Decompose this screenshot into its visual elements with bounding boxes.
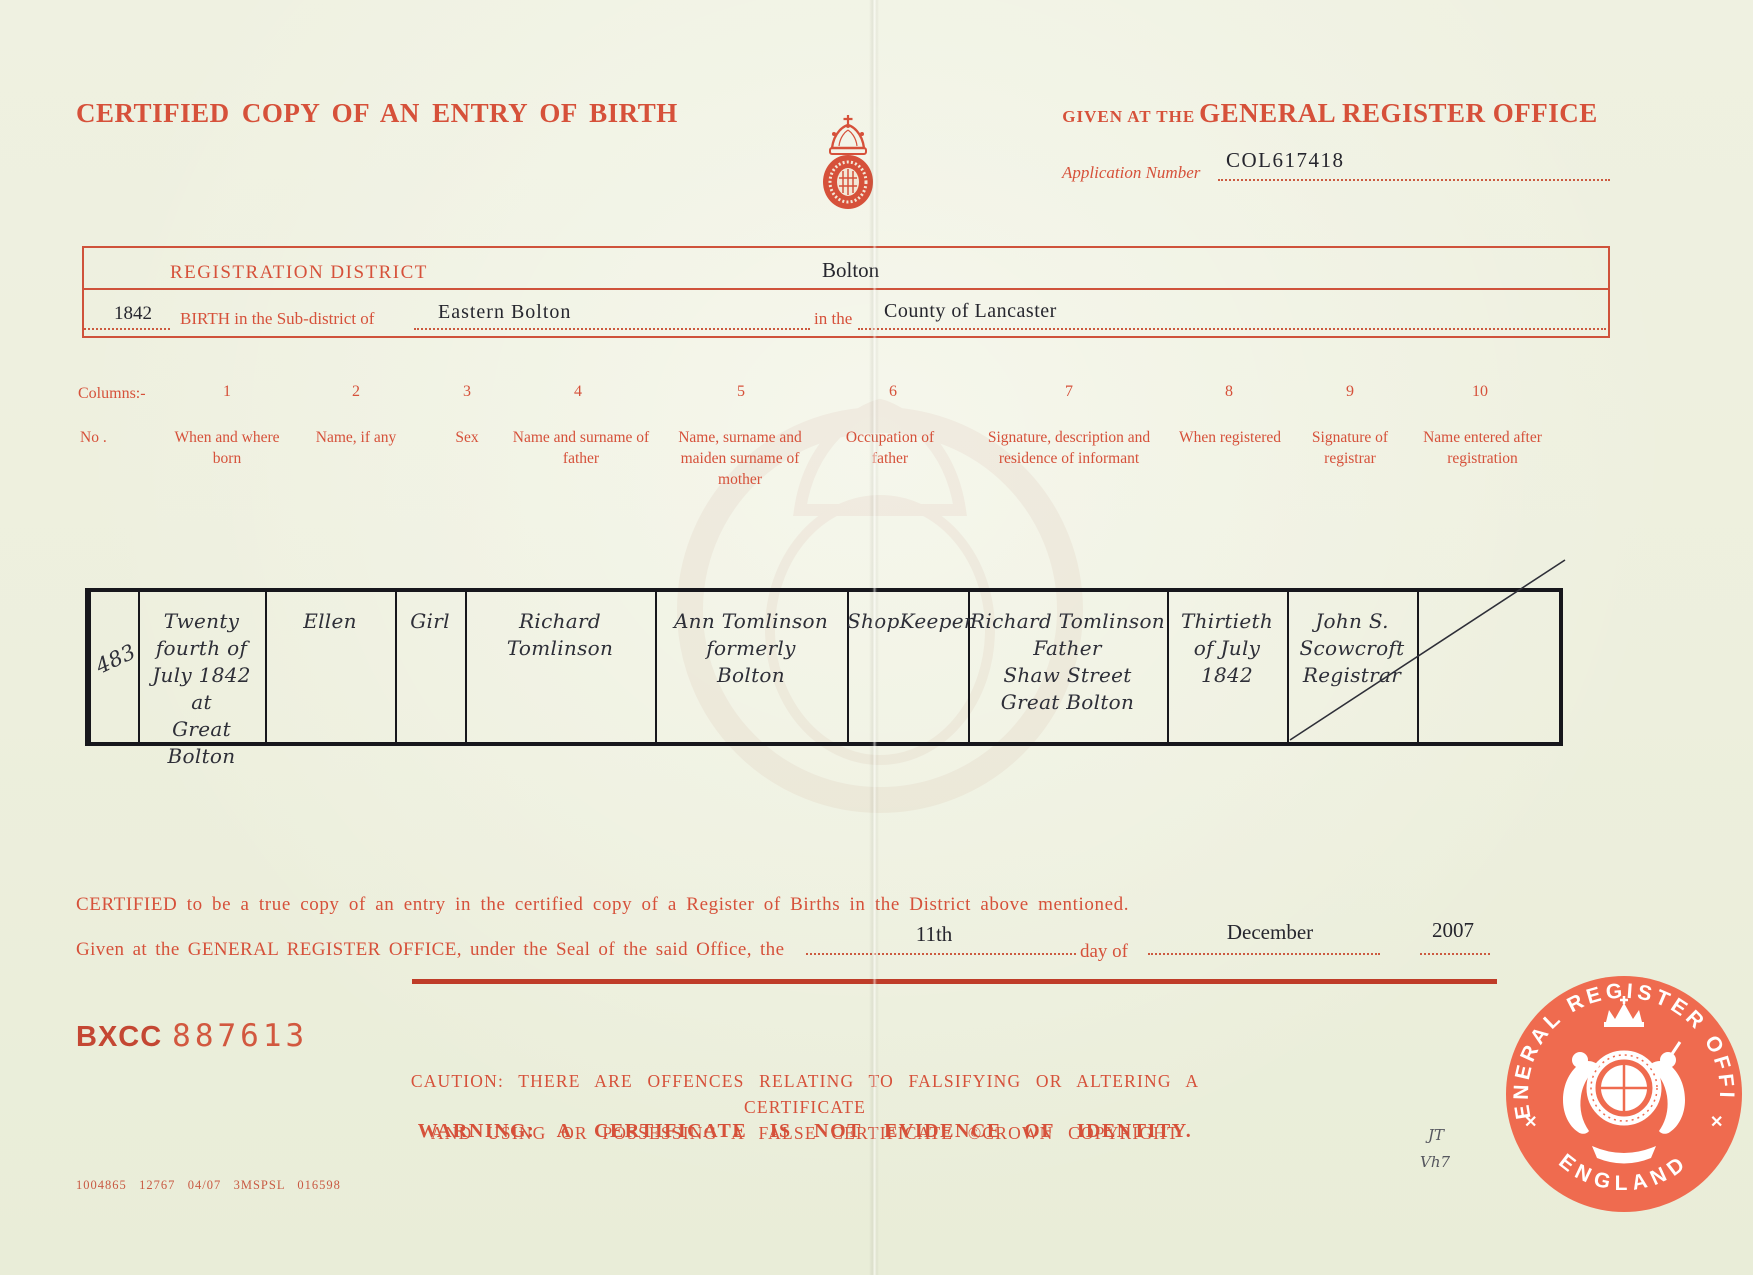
general-register-office-seal-icon: GENERAL REGISTER OFFICE ENGLAND ✕ ✕ bbox=[1500, 970, 1748, 1218]
seal-cross-left: ✕ bbox=[1524, 1114, 1537, 1131]
print-reference-code: 1004865 12767 04/07 3MSPSL 016598 bbox=[76, 1178, 341, 1193]
county-value: County of Lancaster bbox=[884, 300, 1057, 323]
cell-when-registered: Thirtieth of July 1842 bbox=[1167, 608, 1287, 689]
handwriting-line: ShopKeeper bbox=[847, 608, 968, 635]
given-at-office: GENERAL REGISTER OFFICE bbox=[1199, 98, 1598, 128]
certificate-serial: BXCC 887613 bbox=[76, 1018, 308, 1054]
column-number-1: 1 bbox=[207, 383, 247, 401]
birth-certificate-page: CERTIFIED COPY OF AN ENTRY OF BIRTH GIVE… bbox=[0, 0, 1753, 1275]
dotted-line bbox=[414, 326, 810, 330]
serial-prefix: BXCC bbox=[76, 1021, 162, 1054]
column-header-occupation: Occupation of father bbox=[830, 427, 950, 469]
birth-sub-district-label: BIRTH in the Sub-district of bbox=[180, 309, 374, 329]
certified-statement: CERTIFIED to be a true copy of an entry … bbox=[76, 894, 1129, 916]
sub-district-value: Eastern Bolton bbox=[438, 301, 571, 324]
column-number-8: 8 bbox=[1209, 383, 1249, 401]
dotted-line bbox=[84, 326, 170, 330]
handwriting-line: Thirtieth bbox=[1167, 608, 1287, 635]
given-at-statement: Given at the GENERAL REGISTER OFFICE, un… bbox=[76, 939, 784, 961]
column-number-4: 4 bbox=[558, 383, 598, 401]
cell-occupation: ShopKeeper bbox=[847, 608, 968, 635]
given-at-header: GIVEN AT THE GENERAL REGISTER OFFICE bbox=[1056, 98, 1604, 129]
dotted-line bbox=[858, 326, 1606, 330]
dotted-line bbox=[1218, 177, 1610, 181]
handwriting-line: at bbox=[138, 689, 265, 716]
pencil-initials: JT bbox=[1428, 1126, 1444, 1144]
cell-mother: Ann Tomlinson formerly Bolton bbox=[655, 608, 847, 689]
application-number-label: Application Number bbox=[1062, 163, 1200, 183]
handwriting-line: Shaw Street bbox=[968, 662, 1167, 689]
column-number-5: 5 bbox=[721, 383, 761, 401]
issue-month-value: December bbox=[1180, 920, 1360, 945]
handwriting-line: Great Bolton bbox=[138, 716, 265, 770]
warning-notice: WARNING: A CERTIFICATE IS NOT EVIDENCE O… bbox=[395, 1120, 1215, 1143]
issue-year-value: 2007 bbox=[1408, 918, 1498, 943]
registration-year: 1842 bbox=[114, 303, 152, 325]
issue-day-value: 11th bbox=[874, 922, 994, 947]
column-header-informant: Signature, description and residence of … bbox=[974, 427, 1164, 469]
dotted-line bbox=[1148, 951, 1380, 955]
handwriting-line: Great Bolton bbox=[968, 689, 1167, 716]
handwriting-line: Tomlinson bbox=[465, 635, 655, 662]
handwriting-line: 1842 bbox=[1167, 662, 1287, 689]
paper-fold-crease bbox=[869, 0, 879, 1275]
cell-father: Richard Tomlinson bbox=[465, 608, 655, 662]
cell-sex: Girl bbox=[395, 608, 465, 635]
dotted-line bbox=[806, 951, 1076, 955]
columns-label: Columns:- bbox=[78, 385, 146, 403]
column-number-6: 6 bbox=[873, 383, 913, 401]
column-header-sex: Sex bbox=[437, 427, 497, 448]
dotted-line bbox=[1420, 951, 1490, 955]
column-header-father: Name and surname of father bbox=[506, 427, 656, 469]
handwriting-line: Father bbox=[968, 635, 1167, 662]
application-number-value: COL617418 bbox=[1226, 148, 1345, 173]
given-at-prefix: GIVEN AT THE bbox=[1062, 107, 1195, 126]
column-header-registrar: Signature of registrar bbox=[1290, 427, 1410, 469]
handwriting-line: Girl bbox=[395, 608, 465, 635]
handwriting-line: July 1842 bbox=[138, 662, 265, 689]
column-number-7: 7 bbox=[1049, 383, 1089, 401]
red-separator-bar bbox=[412, 979, 1497, 984]
handwriting-line: Twenty bbox=[138, 608, 265, 635]
handwriting-line: Richard Tomlinson bbox=[968, 608, 1167, 635]
in-the-label: in the bbox=[814, 309, 852, 329]
handwriting-line: fourth of bbox=[138, 635, 265, 662]
handwriting-line: Ann Tomlinson bbox=[655, 608, 847, 635]
handwriting-line: formerly bbox=[655, 635, 847, 662]
day-of-label: day of bbox=[1080, 941, 1128, 963]
strike-through-line bbox=[1270, 548, 1580, 753]
registration-district-label: REGISTRATION DISTRICT bbox=[170, 262, 428, 284]
column-number-3: 3 bbox=[447, 383, 487, 401]
column-header-name: Name, if any bbox=[296, 427, 416, 448]
column-number-10: 10 bbox=[1460, 383, 1500, 401]
handwriting-line: of July bbox=[1167, 635, 1287, 662]
column-number-9: 9 bbox=[1330, 383, 1370, 401]
cell-informant: Richard Tomlinson Father Shaw Street Gre… bbox=[968, 608, 1167, 716]
cell-name: Ellen bbox=[265, 608, 395, 635]
column-header-when-where-born: When and where born bbox=[167, 427, 287, 469]
seal-cross-right: ✕ bbox=[1710, 1114, 1723, 1131]
column-number-2: 2 bbox=[336, 383, 376, 401]
handwriting-line: Bolton bbox=[655, 662, 847, 689]
handwriting-line: Richard bbox=[465, 608, 655, 635]
document-title: CERTIFIED COPY OF AN ENTRY OF BIRTH bbox=[76, 98, 678, 129]
column-header-mother: Name, surname and maiden surname of moth… bbox=[660, 427, 820, 490]
column-header-no: No . bbox=[80, 427, 140, 448]
district-box-separator bbox=[84, 288, 1608, 290]
pencil-reference: Vh7 bbox=[1420, 1153, 1450, 1171]
serial-number: 887613 bbox=[172, 1018, 308, 1054]
caution-line-1: CAUTION: THERE ARE OFFENCES RELATING TO … bbox=[395, 1068, 1215, 1120]
cell-when-where-born: Twenty fourth of July 1842 at Great Bolt… bbox=[138, 608, 265, 770]
column-header-when-registered: When registered bbox=[1177, 427, 1283, 448]
column-header-name-after: Name entered after registration bbox=[1410, 427, 1555, 469]
handwriting-line: Ellen bbox=[265, 608, 395, 635]
